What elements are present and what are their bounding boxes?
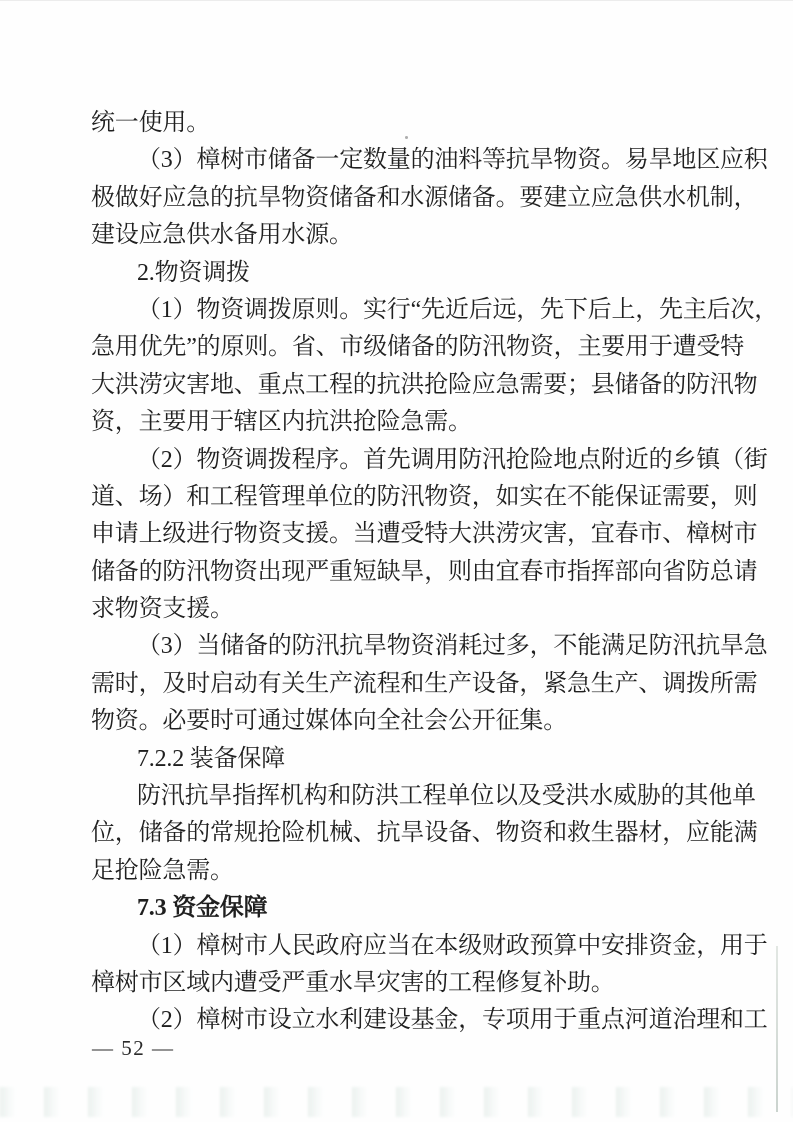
text-line: 2.物资调拨 (91, 255, 715, 292)
text-line: 需时，及时启动有关生产流程和生产设备，紧急生产、调拨所需 (91, 666, 715, 703)
text-line: 位，储备的常规抢险机械、抗旱设备、物资和救生器材，应能满 (91, 815, 715, 852)
text-line: 急用优先”的原则。省、市级储备的防汛物资，主要用于遭受特 (91, 329, 715, 366)
text-line: 求物资支援。 (91, 591, 715, 628)
text-line: 储备的防汛物资出现严重短缺旱，则由宜春市指挥部向省防总请 (91, 554, 715, 591)
text-line: 建设应急供水备用水源。 (91, 217, 715, 254)
text-line: 足抢险急需。 (91, 853, 715, 890)
scan-speck (405, 136, 408, 139)
text-line: （1）物资调拨原则。实行“先近后远，先下后上，先主后次， (91, 292, 715, 329)
text-line: （3）樟树市储备一定数量的油料等抗旱物资。易旱地区应积 (91, 142, 715, 179)
text-line: 防汛抗旱指挥机构和防洪工程单位以及受洪水威胁的其他单 (91, 778, 715, 815)
text-line: （2）樟树市设立水利建设基金，专项用于重点河道治理和工 (91, 1002, 715, 1039)
text-line: 统一使用。 (91, 105, 715, 142)
scan-artifact-band (0, 1087, 793, 1117)
text-line: 大洪涝灾害地、重点工程的抗洪抢险应急需要；县储备的防汛物 (91, 367, 715, 404)
page-number: — 52 — (92, 1035, 175, 1061)
text-line: 7.3 资金保障 (91, 890, 715, 927)
text-line: 资，主要用于辖区内抗洪抢险急需。 (91, 404, 715, 441)
text-line: 7.2.2 装备保障 (91, 741, 715, 778)
text-line: 申请上级进行物资支援。当遭受特大洪涝灾害，宜春市、樟树市 (91, 516, 715, 553)
text-line: （1）樟树市人民政府应当在本级财政预算中安排资金，用于 (91, 928, 715, 965)
text-line: （3）当储备的防汛抗旱物资消耗过多，不能满足防汛抗旱急 (91, 628, 715, 665)
text-line: （2）物资调拨程序。首先调用防汛抢险地点附近的乡镇（街 (91, 442, 715, 479)
document-body: 统一使用。（3）樟树市储备一定数量的油料等抗旱物资。易旱地区应积极做好应急的抗旱… (91, 105, 715, 1040)
text-line: 道、场）和工程管理单位的防汛物资，如实在不能保证需要，则 (91, 479, 715, 516)
text-line: 物资。必要时可通过媒体向全社会公开征集。 (91, 703, 715, 740)
text-line: 樟树市区域内遭受严重水旱灾害的工程修复补助。 (91, 965, 715, 1002)
text-line: 极做好应急的抗旱物资储备和水源储备。要建立应急供水机制， (91, 180, 715, 217)
